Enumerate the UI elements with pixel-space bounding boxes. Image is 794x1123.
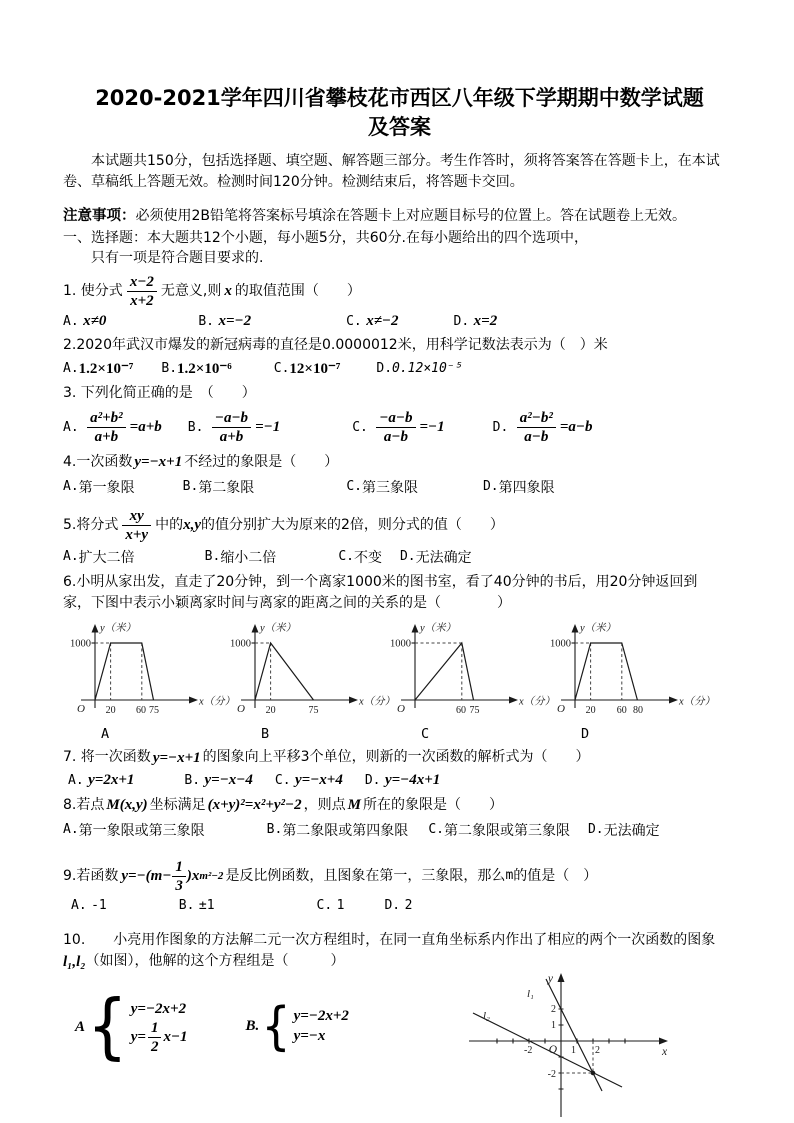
svg-text:75: 75	[309, 705, 319, 716]
q9-stem: 9.若函数 y=−(m− 13 )xm²−2 是反比例函数，且图象在第一，三象限…	[63, 858, 736, 895]
q1-options: A. x≠0 B. x=−2 C. x≠−2 D. x=2	[63, 313, 736, 330]
question-10: 10. 小亮用作图象的方法解二元一次方程组时，在同一直角坐标系内作出了相应的两个…	[63, 930, 736, 1120]
question-8: 8.若点 M(x,y) 坐标满足 (x+y)²=x²+y²−2 ，则点 M 所在…	[63, 794, 736, 840]
q10-content: A { y=−2x+2 y= 12 x−1 B. {	[63, 981, 736, 1119]
q8-option-c: C.第二象限或第三象限	[428, 820, 570, 840]
q2-option-c: C.12×10⁻⁷	[274, 359, 341, 378]
q7-stem: 7. 将一次函数 y=−x+1 的图象向上平移3个单位，则新的一次函数的解析式为…	[63, 747, 736, 770]
q5-option-a: A.扩大二倍	[63, 547, 135, 567]
svg-text:75: 75	[149, 705, 159, 716]
q6c-origin: O	[397, 703, 405, 715]
sysA-label: A	[75, 1019, 85, 1036]
q4-option-b: B.第二象限	[183, 477, 255, 497]
q1-pre: 1. 使分式	[63, 281, 123, 302]
q6d-ylabel: y（米）	[579, 622, 616, 634]
q2-option-a: A.1.2×10⁻⁷	[63, 359, 133, 378]
equation-system-a: A { y=−2x+2 y= 12 x−1	[75, 995, 188, 1059]
q5-option-d: D.无法确定	[400, 547, 472, 567]
q6b-origin: O	[237, 703, 245, 715]
svg-text:60: 60	[456, 705, 466, 716]
section-heading: 一、选择题：本大题共12个小题，每小题5分，共60分.在每小题给出的四个选项中，…	[63, 228, 736, 269]
q7-option-c: C. y=−x+4	[275, 772, 343, 789]
sysA-eq1: y=−2x+2	[131, 999, 188, 1019]
q1-fraction: x−2x+2	[127, 273, 157, 310]
equation-system-b: B. { y=−2x+2 y=−x	[246, 1003, 349, 1049]
q6a-origin: O	[77, 703, 85, 715]
q9-exponent: m²−2	[199, 868, 223, 885]
svg-text:20: 20	[106, 705, 116, 716]
sysB-eq2: y=−x	[294, 1026, 349, 1046]
q8-option-b: B.第二象限或第四象限	[267, 820, 409, 840]
q4-options: A.第一象限 B.第二象限 C.第三象限 D.第四象限	[63, 477, 736, 497]
svg-text:80: 80	[633, 705, 643, 716]
question-1: 1. 使分式 x−2x+2 无意义,则 x 的取值范围（ ） A. x≠0 B.…	[63, 273, 736, 330]
svg-text:60: 60	[617, 705, 627, 716]
q6-label-a: A	[65, 726, 225, 742]
svg-text:20: 20	[586, 705, 596, 716]
q6d-xlabel: x（分）	[678, 695, 715, 707]
q9-option-c: C. 1	[317, 898, 345, 914]
q8-option-d: D.无法确定	[588, 820, 660, 840]
q1-post2: 的取值范围（ ）	[235, 281, 361, 302]
q3-option-a: A. a²+b²a+b=a+b	[63, 409, 162, 446]
q10-origin: O	[549, 1044, 558, 1056]
q1-stem: 1. 使分式 x−2x+2 无意义,则 x 的取值范围（ ）	[63, 273, 736, 310]
svg-text:75: 75	[470, 705, 480, 716]
q4-option-c: C.第三象限	[346, 477, 418, 497]
q1-option-b: B. x=−2	[198, 313, 251, 330]
q6-graph-a: y（米） 1000 O x（分） 20 60 75	[65, 618, 225, 726]
q8-option-a: A.第一象限或第三象限	[63, 820, 205, 840]
q7-option-d: D. y=−4x+1	[365, 772, 440, 789]
exam-page: 2020-2021学年四川省攀枝花市西区八年级下学期期中数学试题 及答案 本试题…	[0, 0, 794, 1119]
q10-l1-label: l₁	[527, 988, 534, 1000]
svg-text:20: 20	[266, 705, 276, 716]
section-line1: 一、选择题：本大题共12个小题，每小题5分，共60分.在每小题给出的四个选项中，	[63, 230, 588, 246]
q6-graph-d: y（米） 1000 O x（分） 20 60 80	[545, 618, 705, 726]
q1-option-c: C. x≠−2	[346, 313, 398, 330]
q6-line1: 6.小明从家出发，直走了20分钟，到一个离家1000米的图书室，看了40分钟的书…	[63, 572, 736, 593]
svg-text:2: 2	[595, 1045, 600, 1056]
question-2: 2.2020年武汉市爆发的新冠病毒的直径是0.0000012米，用科学记数法表示…	[63, 335, 736, 378]
q6-graph-labels: A B C D	[65, 726, 736, 742]
notice: 注意事项：必须使用2B铅笔将答案标号填涂在答题卡上对应题目标号的位置上。答在试题…	[63, 206, 736, 228]
sysA-brace: {	[87, 991, 128, 1063]
q10-xlabel: x	[661, 1046, 668, 1058]
page-title: 2020-2021学年四川省攀枝花市西区八年级下学期期中数学试题 及答案	[63, 84, 736, 143]
q6b-ylabel: y（米）	[259, 622, 296, 634]
q1-post1: 无意义,则	[161, 281, 221, 302]
q5-fraction: xyx+y	[122, 507, 151, 544]
title-line2: 及答案	[368, 115, 431, 139]
q6d-origin: O	[557, 703, 565, 715]
svg-text:1: 1	[571, 1045, 576, 1056]
q4-stem: 4.一次函数 y=−x+1 不经过的象限是（ ）	[63, 451, 736, 474]
q6d-ymax: 1000	[550, 638, 571, 649]
q3-option-d: D. a²−b²a−b=a−b	[493, 409, 593, 446]
question-9: 9.若函数 y=−(m− 13 )xm²−2 是反比例函数，且图象在第一，三象限…	[63, 858, 736, 914]
q6-label-c: C	[385, 726, 545, 742]
q6a-ymax: 1000	[70, 638, 91, 649]
q6c-ymax: 1000	[390, 638, 411, 649]
sysB-eq1: y=−2x+2	[294, 1006, 349, 1026]
svg-text:1: 1	[551, 1020, 556, 1031]
q3-options: A. a²+b²a+b=a+b B. −a−ba+b=−1 C. −a−ba−b…	[63, 409, 736, 446]
q7-options: A. y=2x+1 B. y=−x−4 C. y=−x+4 D. y=−4x+1	[68, 772, 736, 789]
q9-option-d: D. 2	[384, 898, 412, 914]
q3-option-c: C. −a−ba−b=−1	[352, 409, 444, 446]
question-5: 5.将分式 xyx+y 中的 x,y 的值分别扩大为原来的2倍，则分式的值（ ）…	[63, 507, 736, 567]
sysB-brace: {	[261, 1000, 290, 1052]
q6-graph-c: y（米） 1000 O x（分） 60 75	[385, 618, 545, 726]
q4-option-a: A.第一象限	[63, 477, 135, 497]
q2-options: A.1.2×10⁻⁷ B.1.2×10⁻⁶ C.12×10⁻⁷ D.0.12×1…	[63, 359, 736, 378]
q7-option-a: A. y=2x+1	[68, 772, 134, 789]
q5-option-b: B.缩小二倍	[205, 547, 277, 567]
q9-options: A. -1 B. ±1 C. 1 D. 2	[71, 898, 736, 914]
q1-option-d: D. x=2	[454, 313, 498, 330]
question-7: 7. 将一次函数 y=−x+1 的图象向上平移3个单位，则新的一次函数的解析式为…	[63, 747, 736, 790]
q8-options: A.第一象限或第三象限 B.第二象限或第四象限 C.第二象限或第三象限 D.无法…	[63, 820, 736, 840]
q10-ylabel: y	[547, 973, 554, 985]
question-3: 3. 下列化简正确的是 （ ） A. a²+b²a+b=a+b B. −a−ba…	[63, 383, 736, 446]
sysA-eq2: y= 12 x−1	[131, 1019, 188, 1056]
q5-stem: 5.将分式 xyx+y 中的 x,y 的值分别扩大为原来的2倍，则分式的值（ ）	[63, 507, 736, 544]
svg-text:2: 2	[551, 1004, 556, 1015]
q10-l2-label: l₂	[483, 1010, 490, 1022]
q5-options: A.扩大二倍 B.缩小二倍 C.不变 D.无法确定	[63, 547, 736, 567]
svg-text:60: 60	[136, 705, 146, 716]
notice-text: 必须使用2B铅笔将答案标号填涂在答题卡上对应题目标号的位置上。答在试题卷上无效。	[136, 208, 687, 224]
title-line1: 2020-2021学年四川省攀枝花市西区八年级下学期期中数学试题	[95, 86, 704, 110]
q1-var: x	[224, 280, 232, 303]
q1-option-a: A. x≠0	[63, 313, 106, 330]
svg-text:-2: -2	[548, 1069, 556, 1080]
q9-option-b: B. ±1	[179, 898, 215, 914]
q10-line1: 10. 小亮用作图象的方法解二元一次方程组时，在同一直角坐标系内作出了相应的两个…	[63, 930, 736, 951]
q3-stem: 3. 下列化简正确的是 （ ）	[63, 383, 736, 404]
q6c-ylabel: y（米）	[419, 622, 456, 634]
section-line2: 只有一项是符合题目要求的.	[63, 248, 263, 268]
q6-label-d: D	[545, 726, 705, 742]
q10-graph: y x O l₁ l₂ -2 1 2 2 1 -2	[461, 969, 676, 1119]
q6-graph-b: y（米） 1000 O x（分） 20 75	[225, 618, 385, 726]
q6-graphs: y（米） 1000 O x（分） 20 60 75 y（米）	[65, 618, 736, 726]
q5-option-c: C.不变	[338, 547, 382, 567]
question-4: 4.一次函数 y=−x+1 不经过的象限是（ ） A.第一象限 B.第二象限 C…	[63, 451, 736, 497]
q6a-ylabel: y（米）	[99, 622, 136, 634]
q2-option-d: D.0.12×10⁻⁵	[376, 361, 462, 376]
q10-systems: A { y=−2x+2 y= 12 x−1 B. {	[63, 981, 461, 1059]
q2-option-b: B.1.2×10⁻⁶	[161, 359, 231, 378]
q4-option-d: D.第四象限	[483, 477, 555, 497]
q8-stem: 8.若点 M(x,y) 坐标满足 (x+y)²=x²+y²−2 ，则点 M 所在…	[63, 794, 736, 817]
svg-text:-2: -2	[524, 1045, 532, 1056]
q9-option-a: A. -1	[71, 898, 107, 914]
q6-line2: 家，下图中表示小颖离家时间与离家的距离之间的关系的是（ ）	[63, 593, 736, 614]
q6b-ymax: 1000	[230, 638, 251, 649]
q3-option-b: B. −a−ba+b=−1	[188, 409, 280, 446]
q7-option-b: B. y=−x−4	[184, 772, 253, 789]
q6-label-b: B	[225, 726, 385, 742]
q9-fraction: 13	[172, 858, 186, 895]
sysB-label: B.	[246, 1018, 260, 1035]
q2-stem: 2.2020年武汉市爆发的新冠病毒的直径是0.0000012米，用科学记数法表示…	[63, 335, 736, 356]
question-6: 6.小明从家出发，直走了20分钟，到一个离家1000米的图书室，看了40分钟的书…	[63, 572, 736, 742]
q10-lines-math: l₁,l₂	[63, 951, 86, 974]
exam-instructions: 本试题共150分，包括选择题、填空题、解答题三部分。考生作答时，须将答案答在答题…	[63, 151, 736, 193]
notice-label: 注意事项：	[63, 208, 136, 224]
